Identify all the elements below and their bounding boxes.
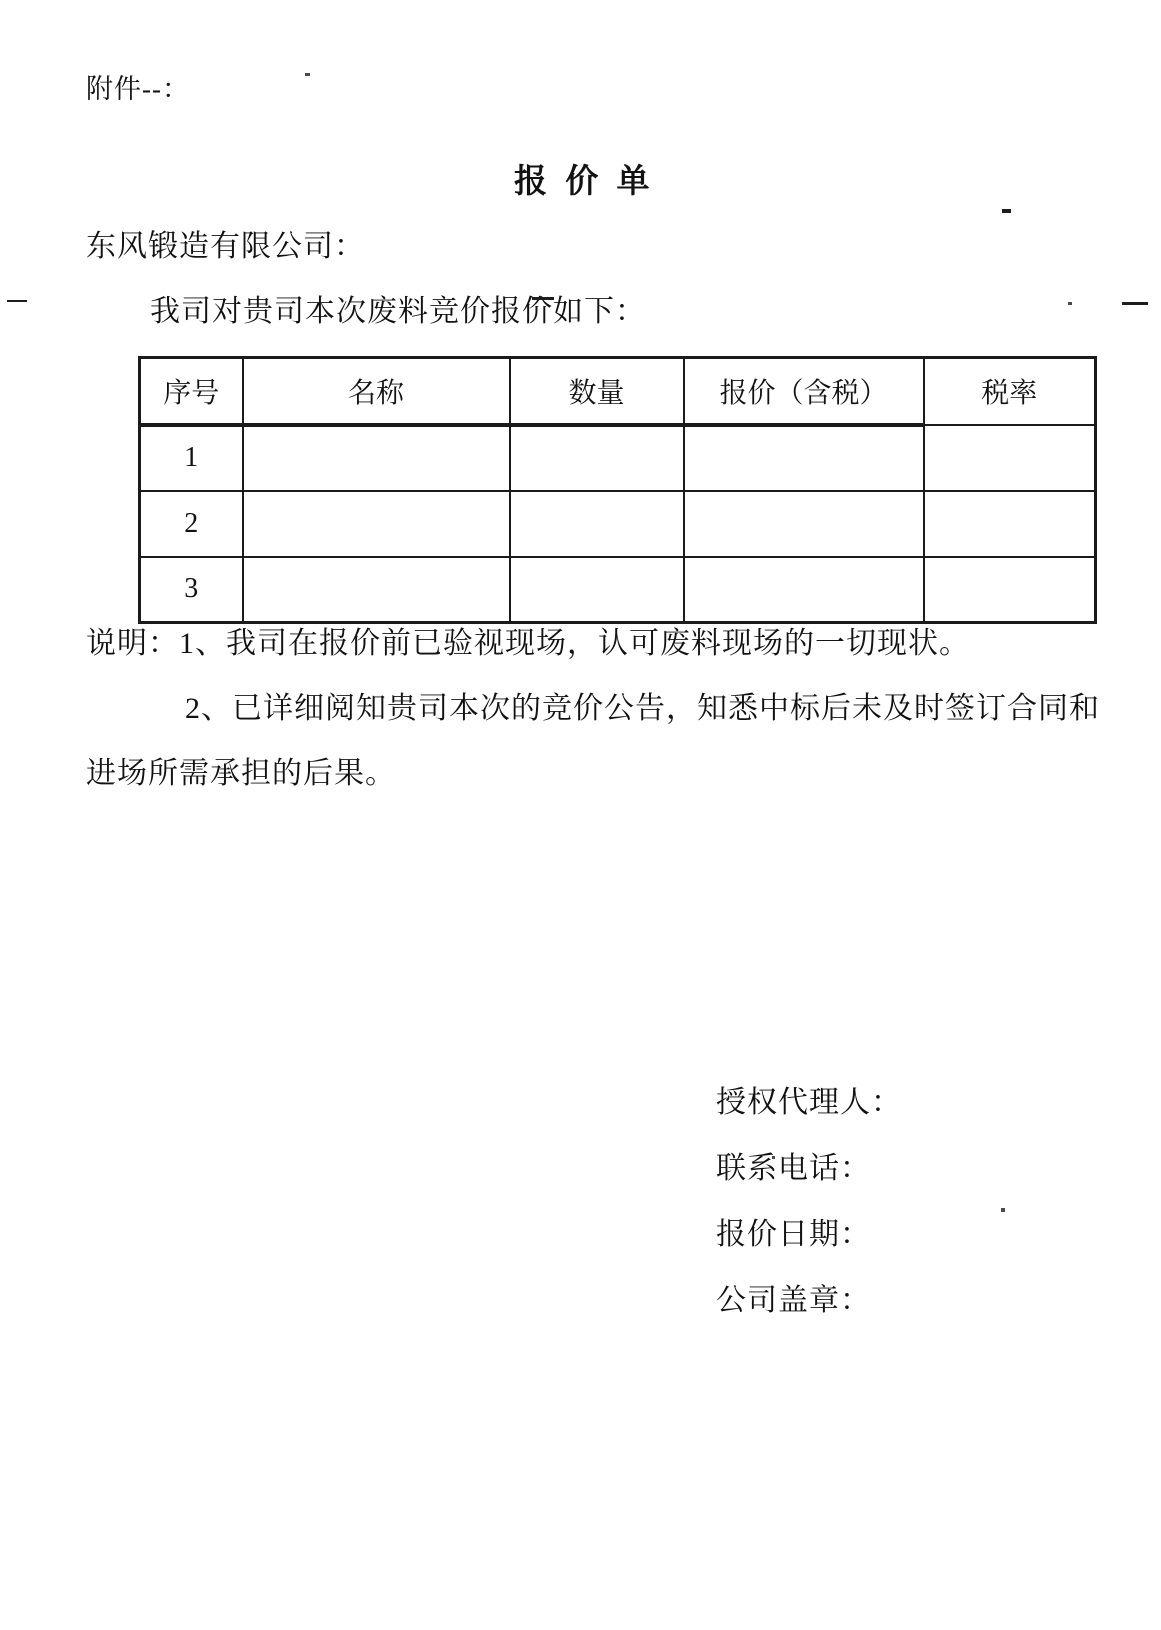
cell-name	[243, 491, 510, 557]
cell-quantity	[510, 491, 684, 557]
scan-artifact	[772, 1156, 775, 1159]
cell-name	[243, 557, 510, 623]
scan-artifact	[305, 73, 310, 76]
note-line-3: 进场所需承担的后果。	[86, 757, 396, 792]
cell-serial-no: 2	[140, 491, 243, 557]
page-title: 报 价 单	[514, 164, 655, 202]
cell-tax-rate	[924, 491, 1096, 557]
cell-quantity	[510, 425, 684, 491]
quotation-table: 序号 名称 数量 报价（含税） 税率 1 2	[138, 356, 1097, 624]
attachment-label: 附件--：	[86, 74, 190, 105]
table-row: 2	[140, 491, 1096, 557]
cell-price	[684, 557, 924, 623]
table-header-row: 序号 名称 数量 报价（含税） 税率	[140, 358, 1096, 425]
cell-serial-no: 1	[140, 425, 243, 491]
header-price-with-tax: 报价（含税）	[684, 358, 924, 425]
header-serial-no: 序号	[140, 358, 243, 425]
scan-artifact	[1122, 302, 1148, 305]
table-row: 3	[140, 557, 1096, 623]
note-line-1: 说明：1、我司在报价前已验视现场，认可废料现场的一切现状。	[86, 627, 970, 662]
cell-tax-rate	[924, 557, 1096, 623]
contact-phone-label: 联系电话：	[716, 1152, 871, 1187]
header-name: 名称	[243, 358, 510, 425]
cell-price	[684, 425, 924, 491]
header-quantity: 数量	[510, 358, 684, 425]
scan-artifact	[7, 300, 27, 302]
authorized-agent-label: 授权代理人：	[716, 1086, 902, 1121]
quote-date-label: 报价日期：	[716, 1218, 871, 1253]
scan-artifact	[1001, 1208, 1005, 1212]
cell-price	[684, 491, 924, 557]
scan-artifact	[532, 297, 554, 300]
scan-artifact	[1068, 302, 1072, 305]
cell-name	[243, 425, 510, 491]
intro-line: 我司对贵司本次废料竞价报价如下：	[150, 295, 646, 330]
cell-quantity	[510, 557, 684, 623]
cell-serial-no: 3	[140, 557, 243, 623]
company-seal-label: 公司盖章：	[716, 1284, 871, 1319]
scan-artifact	[1002, 209, 1011, 213]
header-tax-rate: 税率	[924, 358, 1096, 425]
note-line-2: 2、已详细阅知贵司本次的竞价公告，知悉中标后未及时签订合同和	[185, 692, 1100, 727]
quotation-document-page: 附件--： 报 价 单 东风锻造有限公司： 我司对贵司本次废料竞价报价如下： 序…	[0, 0, 1161, 1630]
cell-tax-rate	[924, 425, 1096, 491]
table-row: 1	[140, 425, 1096, 491]
recipient-company-line: 东风锻造有限公司：	[86, 230, 365, 265]
